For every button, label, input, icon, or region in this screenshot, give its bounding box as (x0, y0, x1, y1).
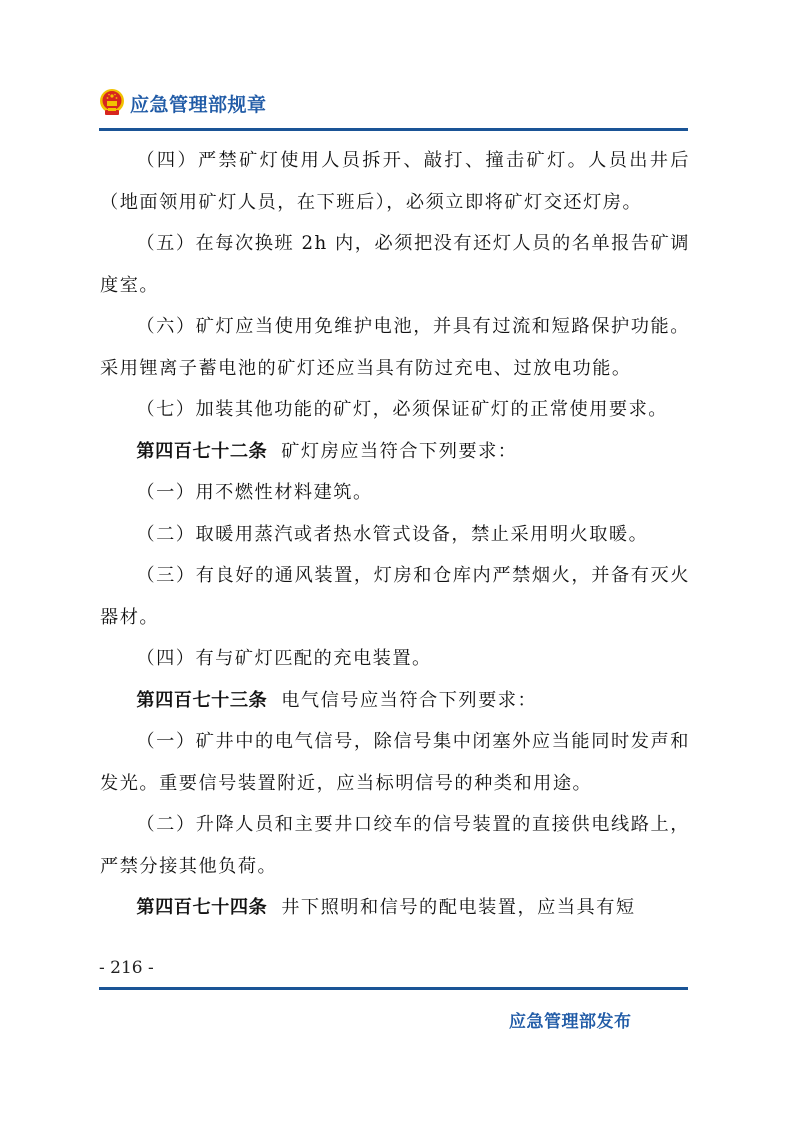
page-number: - 216 - (99, 958, 154, 978)
document-header: 应急管理部规章 (99, 86, 267, 120)
paragraph-text: （五）在每次换班 2h 内，必须把没有还灯人员的名单报告矿调度室。 (100, 233, 690, 296)
article-number: 第四百七十三条 (136, 690, 267, 711)
paragraph-text: 矿灯房应当符合下列要求： (281, 441, 517, 462)
paragraph-text: （四）有与矿灯匹配的充电装置。 (136, 648, 431, 669)
national-emblem-icon (99, 88, 125, 118)
paragraph: （七）加装其他功能的矿灯，必须保证矿灯的正常使用要求。 (100, 389, 690, 431)
article-paragraph: 第四百七十二条矿灯房应当符合下列要求： (100, 431, 690, 473)
paragraph-text: （四）严禁矿灯使用人员拆开、敲打、撞击矿灯。人员出井后（地面领用矿灯人员，在下班… (100, 150, 690, 213)
article-paragraph: 第四百七十四条井下照明和信号的配电装置，应当具有短 (100, 887, 690, 929)
paragraph-text: （一）用不燃性材料建筑。 (136, 482, 372, 503)
paragraph: （六）矿灯应当使用免维护电池，并具有过流和短路保护功能。采用锂离子蓄电池的矿灯还… (100, 306, 690, 389)
footer-publisher: 应急管理部发布 (509, 1007, 632, 1032)
paragraph: （三）有良好的通风装置，灯房和仓库内严禁烟火，并备有灭火器材。 (100, 555, 690, 638)
paragraph-text: （六）矿灯应当使用免维护电池，并具有过流和短路保护功能。采用锂离子蓄电池的矿灯还… (100, 316, 690, 379)
paragraph-text: （二）取暖用蒸汽或者热水管式设备，禁止采用明火取暖。 (136, 524, 648, 545)
paragraph-text: （七）加装其他功能的矿灯，必须保证矿灯的正常使用要求。 (136, 399, 668, 420)
paragraph: （四）严禁矿灯使用人员拆开、敲打、撞击矿灯。人员出井后（地面领用矿灯人员，在下班… (100, 140, 690, 223)
document-body: （四）严禁矿灯使用人员拆开、敲打、撞击矿灯。人员出井后（地面领用矿灯人员，在下班… (100, 140, 690, 929)
header-divider (99, 128, 688, 131)
footer-divider (99, 987, 688, 990)
paragraph-text: （二）升降人员和主要井口绞车的信号装置的直接供电线路上，严禁分接其他负荷。 (100, 814, 690, 877)
paragraph: （四）有与矿灯匹配的充电装置。 (100, 638, 690, 680)
paragraph: （一）矿井中的电气信号，除信号集中闭塞外应当能同时发声和发光。重要信号装置附近，… (100, 721, 690, 804)
article-number: 第四百七十二条 (136, 441, 267, 462)
paragraph-text: 电气信号应当符合下列要求： (281, 690, 537, 711)
paragraph: （二）取暖用蒸汽或者热水管式设备，禁止采用明火取暖。 (100, 514, 690, 556)
header-title: 应急管理部规章 (130, 90, 267, 117)
article-number: 第四百七十四条 (136, 897, 267, 918)
paragraph-text: 井下照明和信号的配电装置，应当具有短 (281, 897, 635, 918)
article-paragraph: 第四百七十三条电气信号应当符合下列要求： (100, 680, 690, 722)
paragraph: （五）在每次换班 2h 内，必须把没有还灯人员的名单报告矿调度室。 (100, 223, 690, 306)
paragraph: （一）用不燃性材料建筑。 (100, 472, 690, 514)
paragraph-text: （一）矿井中的电气信号，除信号集中闭塞外应当能同时发声和发光。重要信号装置附近，… (100, 731, 690, 794)
paragraph-text: （三）有良好的通风装置，灯房和仓库内严禁烟火，并备有灭火器材。 (100, 565, 690, 628)
paragraph: （二）升降人员和主要井口绞车的信号装置的直接供电线路上，严禁分接其他负荷。 (100, 804, 690, 887)
